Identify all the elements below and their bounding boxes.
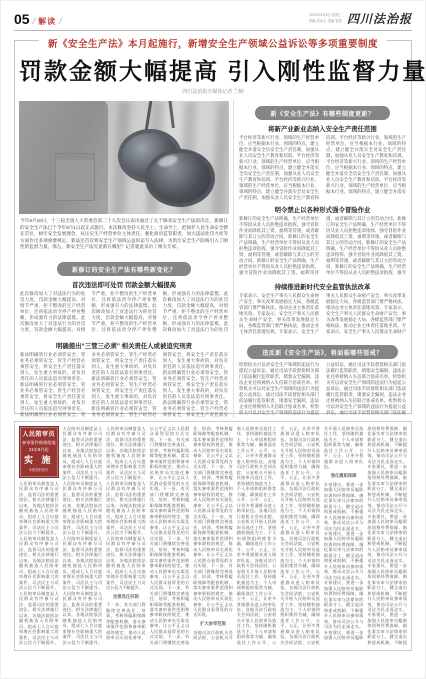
publication-date: 2021年9月8日 星期三: [309, 13, 342, 18]
main-article-frame: 新《安全生产法》本月起施行，新增安全生产领域公益诉讼等多项重要制度 罚款金额大幅…: [14, 40, 412, 414]
bottom-headline-line2: 参审案件新规落地: [22, 440, 56, 446]
subheadline: 持续推进新时代安全监管执法改革: [242, 282, 403, 291]
body-text-columns: 新法明确管行业必须管安全、管业务必须管安全、管生产经营必须管安全，将安全生产责任…: [18, 352, 230, 418]
slash-divider: /: [33, 16, 36, 26]
body-text-columns: 专家表示，安全生产事关人民群众生命财产安全，事关改革发展稳定大局，各级监管部门要…: [238, 293, 407, 339]
worker-goggles-photo: [19, 101, 229, 214]
question-pill-right-2: 违反新《安全生产法》，将面临哪些惩戒？: [247, 345, 398, 359]
page-header: 05 / 解读 / 2021年9月8日 星期三 责编 刘冰玉 美编 曾浩 四川法…: [14, 10, 412, 31]
body-text-columns: 检察机关可以对安全生产领域的违法行为提起公益诉讼，通过司法手段督促相关部门依法履…: [238, 362, 407, 418]
slash-divider: /: [59, 16, 62, 26]
kicker: 新《安全生产法》本月起施行，新增安全生产领域公益诉讼等多项重要制度: [39, 40, 387, 50]
bottom-headline-line1: 人民陪审员: [23, 431, 56, 439]
question-pill-right: 新《安全生产法》有哪些制度更新？: [255, 106, 389, 120]
page-number-block: 05 / 解读 /: [14, 11, 62, 27]
kicker-row: 新《安全生产法》本月起施行，新增安全生产领域公益诉讼等多项重要制度: [15, 35, 411, 51]
subheadline: 明确提出“三管三必须” 相关责任人或被追究刑责: [22, 341, 226, 350]
bottom-subheadline: 扩大参审范围: [193, 621, 233, 627]
body-text-columns: 平台经济等新兴行业、领域的生产经营单位，应当根据本行业、领域的特点，建立健全并落…: [238, 135, 407, 201]
bottom-headline-line3: 21年9月起: [29, 447, 49, 453]
article-left-column: 今年6月10日，十三届全国人大常委会第二十九次会议表决通过了关于修改安全生产法的…: [15, 100, 233, 418]
bottom-article: 人民陪审员 参审案件新规落地 21年9月起 实 施 本报资料图片 人民陪审员制度…: [14, 421, 412, 651]
bottom-headline-box: 人民陪审员 参审案件新规落地 21年9月起 实 施 本报资料图片: [19, 426, 59, 478]
newspaper-logo: 四川法治报: [347, 10, 412, 27]
section-label: 解读: [38, 16, 56, 27]
subheadline: 明令禁止以各种形式强令冒险作业: [242, 205, 403, 214]
bottom-subheadline: 完善选任机制: [106, 594, 146, 600]
bottom-subheadline: 提升参审实效: [411, 495, 412, 501]
editors-line: 责编 刘冰玉 美编 曾浩: [309, 19, 342, 24]
masthead-block: 2021年9月8日 星期三 责编 刘冰玉 美编 曾浩 四川法治报: [309, 10, 412, 27]
bottom-body-paragraph: 人民陪审员制度是人民群众有序参与司法、监督司法的重要途径。相关法律施行以来，各地…: [411, 426, 412, 646]
publication-info: 2021年9月8日 星期三 责编 刘冰玉 美编 曾浩: [309, 13, 342, 23]
article-content: 今年6月10日，十三届全国人大常委会第二十九次会议表决通过了关于修改安全生产法的…: [15, 100, 411, 418]
subheadline: 将新产业新业态纳入安全生产责任范围: [242, 124, 403, 133]
body-text-columns: 此次修改加大了对违法行为的处罚力度，罚款金额大幅提高，对情节严重、拒不整改的生产…: [18, 291, 230, 337]
body-text-columns: 新修订的安全生产法明确，生产经营单位不得因从业人员拒绝违章指挥、强令冒险作业而降…: [238, 216, 407, 278]
main-headline: 罚款金额大幅提高 引入刚性监督力量: [19, 58, 407, 84]
article-right-column: 新《安全生产法》有哪些制度更新？ 将新产业新业态纳入安全生产责任范围 平台经济等…: [233, 100, 411, 418]
newspaper-page: 05 / 解读 / 2021年9月8日 星期三 责编 刘冰玉 美编 曾浩 四川法…: [0, 0, 426, 679]
bottom-headline-credit: 本报资料图片: [29, 468, 49, 473]
bottom-subheadline: 强化履职保障: [324, 473, 364, 479]
question-pill-left: 新修订的安全生产法有哪些新变化？: [57, 262, 191, 276]
byline: 四川法治报全媒体记者 兰楠: [15, 88, 411, 95]
page-number: 05: [14, 11, 30, 27]
photo-pocket: [55, 153, 95, 201]
bottom-headline-line4: 实 施: [24, 454, 54, 466]
bottom-article-columns: 人民陪审员 参审案件新规落地 21年9月起 实 施 本报资料图片 人民陪审员制度…: [19, 426, 407, 646]
subheadline: 首次违法即可处罚 罚款金额大幅提高: [22, 280, 226, 289]
photo-goggle-lens: [145, 149, 215, 207]
article-intro: 今年6月10日，十三届全国人大常委会第二十九次会议表决通过了关于修改安全生产法的…: [20, 218, 228, 256]
